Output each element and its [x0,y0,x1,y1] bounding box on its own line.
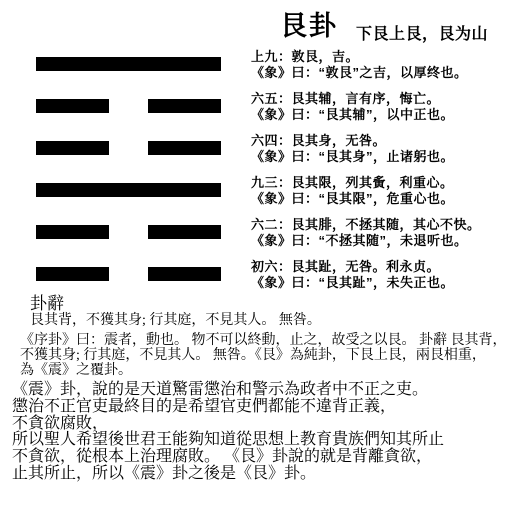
yao-xiang-commentary: 《象》曰：“不拯其随”，未退听也。 [251,233,519,249]
hexagram-line-6 [36,57,221,71]
guaci-xugua-paragraph: 《序卦》曰：震者，動也。 物不可以終動，止之，故受之以艮。 卦辭 艮其背， 不獲… [20,333,507,378]
yao-block-liuwu: 六五：艮其辅，言有序，悔亡。 《象》曰：“艮其辅”，以中正也。 [251,91,519,123]
yao-block-chuliu: 初六：艮其趾，无咎。利永贞。 《象》曰：“艮其趾”，未失正也。 [251,259,519,291]
paragraph-line: 所以聖人希望後世君王能夠知道從思想上教育貴族們知其所止 [12,432,444,449]
yao-block-shangjiu: 上九：敦艮，吉。 《象》曰：“敦艮”之吉，以厚终也。 [251,49,519,81]
paragraph-line: 《序卦》曰：震者，動也。 物不可以終動，止之，故受之以艮。 卦辭 艮其背， [20,333,507,348]
yao-text: 六四：艮其身，无咎。 [251,133,519,149]
paragraph-line: 止其所止，所以《震》卦之後是《艮》卦。 [12,466,444,483]
yao-xiang-commentary: 《象》曰：“艮其趾”，未失正也。 [251,275,519,291]
hexagram-line-1 [36,267,221,281]
page-subtitle: 下艮上艮，艮为山 [356,21,488,44]
hexagram-line-2 [36,225,221,239]
yao-xiang-commentary: 《象》曰：“敦艮”之吉，以厚终也。 [251,65,519,81]
yao-text: 上九：敦艮，吉。 [251,49,519,65]
paragraph-line: 不貪欲腐敗， [12,416,444,433]
yao-text: 六二：艮其腓，不拯其随，其心不快。 [251,217,519,233]
yao-xiang-commentary: 《象》曰：“艮其限”，危重心也。 [251,191,519,207]
yao-xiang-commentary: 《象》曰：“艮其辅”，以中正也。 [251,107,519,123]
hexagram-line-3 [36,183,221,197]
yao-block-jiusan: 九三：艮其限，列其夤，利重心。 《象》曰：“艮其限”，危重心也。 [251,175,519,207]
paragraph-line: 為《震》之覆卦。 [20,363,507,378]
yao-text: 九三：艮其限，列其夤，利重心。 [251,175,519,191]
yao-block-liuer: 六二：艮其腓，不拯其随，其心不快。 《象》曰：“不拯其随”，未退听也。 [251,217,519,249]
hexagram-line-4 [36,141,221,155]
guaci-heading: 卦辭 [30,289,64,314]
hexagram-line-5 [36,99,221,113]
paragraph-line: 懲治不正官吏最終目的是希望官吏們都能不違背正義， [12,399,444,416]
guaci-explanation-paragraph: 《震》卦，說的是天道驚雷懲治和警示為政者中不正之吏。 懲治不正官吏最終目的是希望… [12,382,444,483]
guaci-intro-line: 艮其背，不獲其身; 行其庭，不見其人。 無咎。 [30,313,321,328]
paragraph-line: 不獲其身; 行其庭，不見其人。 無咎。《艮》為純卦，下艮上艮，兩艮相重， [20,348,507,363]
page-title: 艮卦 [280,12,338,42]
paragraph-line: 《震》卦，說的是天道驚雷懲治和警示為政者中不正之吏。 [12,382,444,399]
yao-block-liusi: 六四：艮其身，无咎。 《象》曰：“艮其身”，止诸躬也。 [251,133,519,165]
yao-xiang-commentary: 《象》曰：“艮其身”，止诸躬也。 [251,149,519,165]
paragraph-line: 不貪欲，從根本上治理腐敗。 《艮》卦說的就是背離貪欲， [12,449,444,466]
yao-text: 六五：艮其辅，言有序，悔亡。 [251,91,519,107]
yao-text: 初六：艮其趾，无咎。利永贞。 [251,259,519,275]
gen-hexagram-page: 艮卦 下艮上艮，艮为山 上九：敦艮，吉。 《象》曰：“敦艮”之吉，以厚终也。 六… [0,0,521,524]
